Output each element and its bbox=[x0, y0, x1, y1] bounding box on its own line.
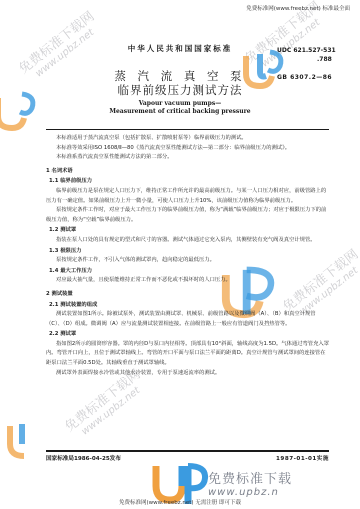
title-en-line1: Vapour vacuum pumps— bbox=[0, 100, 360, 107]
intro-paragraph: 本标准等效采用ISO 1608/Ⅱ—80《蒸汽流真空泵性能测试方法—第二部分：临… bbox=[46, 144, 329, 154]
subsection-heading: 2.2 测试罩 bbox=[46, 330, 329, 340]
header-divider bbox=[46, 129, 329, 130]
document-body: 本标准适用于蒸汽流真空泵（包括扩散泵、扩散喷射泵等）临界前级压力的测试。 本标准… bbox=[46, 134, 329, 378]
issued-date: 国家标准局1986-04-25发布 bbox=[46, 454, 121, 462]
subsection-heading: 1.4 最大工作压力 bbox=[46, 267, 329, 277]
subsection-heading: 2.1 测试装置的组成 bbox=[46, 301, 329, 311]
paragraph: 指如图2所示的圆筒形容器。罩的内径D与泵口内径相等。顶部具有10°斜面，轴线高度… bbox=[46, 340, 329, 369]
title-en-line2: Measurement of critical backing pressure bbox=[0, 108, 360, 115]
paragraph: 指装在泵人口处的具有规定的型式和尺寸的容器。测试气体通过它充入泵内，其侧壁装有充… bbox=[46, 236, 329, 246]
paragraph: 测试罩外表面焊接水冷管或其他水冷装置，专用于泵速返流率的测试。 bbox=[46, 369, 329, 379]
brand-watermark: 免费标准下载 www.upbz.n bbox=[208, 468, 292, 498]
intro-paragraph: 本标准适用于蒸汽流真空泵（包括扩散泵、扩散喷射泵等）临界前级压力的测试。 bbox=[46, 134, 329, 144]
paragraph: 测试装置如图1所示。除被试泵外，测试装置由测试罩、机械泵、前级管路以及微调阀（A… bbox=[46, 310, 329, 329]
site-footer-note: 免费标准网(www.freebz.net) 无需注册 即可下载 bbox=[0, 498, 360, 506]
intro-paragraph: 本标准系蒸汽流真空泵性能测试方法的第二部分。 bbox=[46, 153, 329, 163]
section-heading: 1 名词术语 bbox=[46, 167, 329, 177]
paragraph: 泵按规定条件工作，不引入气体的测试罩内，趋向稳定的最低压力。 bbox=[46, 256, 329, 266]
effective-date: 1987-01-01实施 bbox=[276, 454, 329, 462]
paragraph: 对应最大抽气量，且使泵能维持正常工作而不恶化或不损坏时的人口压力。 bbox=[46, 276, 329, 286]
title-cn-line2: 临界前级压力测试方法 bbox=[0, 82, 360, 98]
subsection-heading: 1.2 测试罩 bbox=[46, 226, 329, 236]
subsection-heading: 1.3 极限压力 bbox=[46, 247, 329, 257]
paragraph: 泵按规定条件工作时，对应于最大工作压力下的临界前级压力值，称为“满载”临界前级压… bbox=[46, 206, 329, 225]
up-logo-icon bbox=[0, 416, 46, 462]
udc-code: UDC 621.527-531 .788 bbox=[277, 46, 336, 64]
paragraph: 临界前级压力是泵在规定人口压力下，维持正常工作所允许的最高前级压力。与某一人口压… bbox=[46, 187, 329, 206]
subsection-heading: 1.1 临界前级压力 bbox=[46, 177, 329, 187]
section-heading: 2 测试装置 bbox=[46, 290, 329, 300]
site-header-note: 免费标准网(www.freebz.net) 标准最全面 bbox=[246, 4, 350, 12]
footer-divider bbox=[46, 450, 329, 452]
